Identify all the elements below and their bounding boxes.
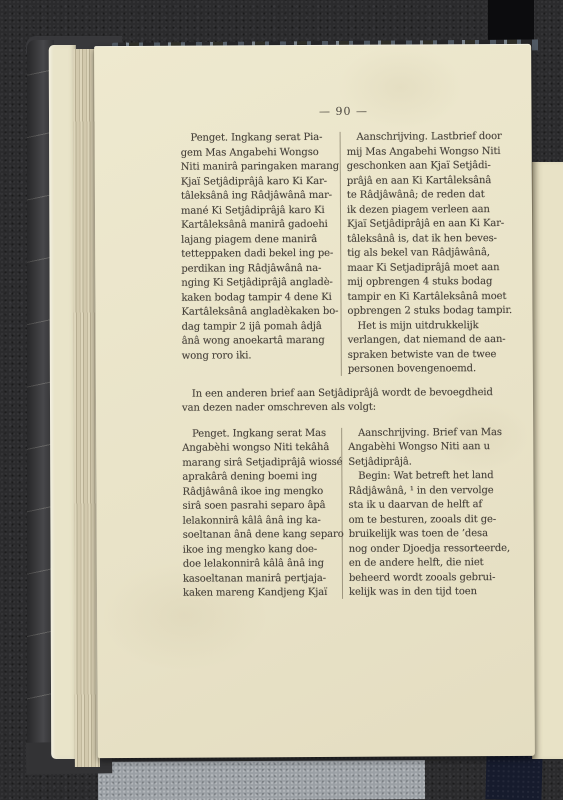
block1-left-column: Penget. Ingkang serat Pia- gem Mas Angab… xyxy=(181,131,335,378)
text-block-2: Penget. Ingkang serat Mas Angabèhi wongs… xyxy=(182,425,509,601)
felt-strip xyxy=(98,760,425,800)
printed-content: — 90 — Penget. Ingkang serat Pia- gem Ma… xyxy=(180,104,509,601)
text-block-1: Penget. Ingkang serat Pia- gem Mas Angab… xyxy=(181,130,508,378)
page-number: — 90 — xyxy=(180,104,506,119)
block2-right-column: Aanschrijving. Brief van Mas Angabèhi Wo… xyxy=(348,425,509,600)
block1-right-column: Aanschrijving. Lastbrief door mij Mas An… xyxy=(347,130,508,377)
column-divider xyxy=(341,427,343,598)
bridge-paragraph: In een anderen brief aan Setjâdiprâjâ wo… xyxy=(182,385,508,416)
book-page: — 90 — Penget. Ingkang serat Pia- gem Ma… xyxy=(94,44,535,758)
background-notch-shadow xyxy=(488,0,534,40)
block2-left-column: Penget. Ingkang serat Mas Angabèhi wongs… xyxy=(182,426,336,601)
navy-strip xyxy=(485,753,542,800)
facing-page-strip xyxy=(532,162,563,759)
column-divider xyxy=(340,132,342,376)
